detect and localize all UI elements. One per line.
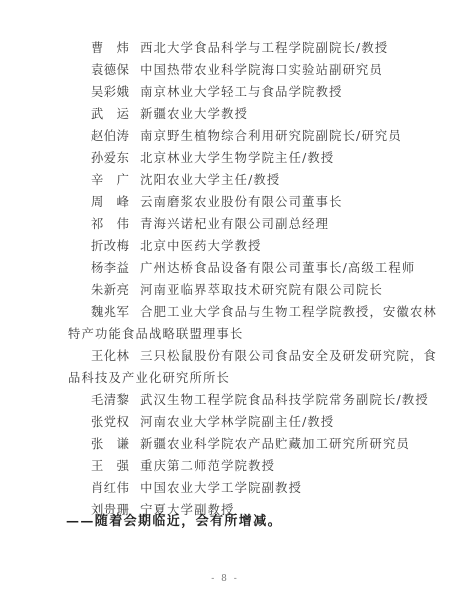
- person-name: 张 谦: [91, 433, 135, 455]
- person-name: 孙爱东: [91, 147, 135, 169]
- person-name: 周 峰: [91, 191, 135, 213]
- list-item: 张 谦 新疆农业科学院农产品贮藏加工研究所研究员: [68, 433, 384, 455]
- list-item-continuation: 品科技及产业化研究所所长: [68, 367, 384, 389]
- list-item: 袁德保 中国热带农业科学院海口实验站副研究员: [68, 59, 384, 81]
- person-name: 辛 广: [91, 169, 135, 191]
- expert-list: 曹 炜 西北大学食品科学与工程学院副院长/教授 袁德保 中国热带农业科学院海口实…: [68, 37, 384, 521]
- page-number: - 8 -: [0, 574, 450, 584]
- list-item: 祁 伟 青海兴诺杞业有限公司副总经理: [68, 213, 384, 235]
- list-item: 杨李益 广州达桥食品设备有限公司董事长/高级工程师: [68, 257, 384, 279]
- person-title: 北京林业大学生物学院主任/教授: [140, 151, 334, 165]
- list-item: 孙爱东 北京林业大学生物学院主任/教授: [68, 147, 384, 169]
- person-title: 中国热带农业科学院海口实验站副研究员: [140, 63, 383, 77]
- person-name: 赵伯涛: [91, 125, 135, 147]
- person-name: 肖红伟: [91, 477, 135, 499]
- list-item: 武 运 新疆农业大学教授: [68, 103, 384, 125]
- list-item: 魏兆军 合肥工业大学食品与生物工程学院教授，安徽农林: [68, 301, 384, 323]
- person-title: 中国农业大学工学院副教授: [140, 481, 302, 495]
- person-title: 新疆农业科学院农产品贮藏加工研究所研究员: [140, 437, 410, 451]
- list-item-continuation: 特产功能食品战略联盟理事长: [68, 323, 384, 345]
- list-item: 周 峰 云南磨浆农业股份有限公司董事长: [68, 191, 384, 213]
- person-title: 合肥工业大学食品与生物工程学院教授，安徽农林: [140, 305, 437, 319]
- person-title: 广州达桥食品设备有限公司董事长/高级工程师: [140, 261, 415, 275]
- person-title: 南京野生植物综合利用研究院副院长/研究员: [140, 129, 402, 143]
- list-item: 肖红伟 中国农业大学工学院副教授: [68, 477, 384, 499]
- person-title: 新疆农业大学教授: [140, 107, 248, 121]
- person-title: 河南农业大学林学院副主任/教授: [140, 415, 334, 429]
- person-name: 王 强: [91, 455, 135, 477]
- closing-note: ——随着会期临近，会有所增减。: [66, 510, 282, 529]
- person-name: 吴彩娥: [91, 81, 135, 103]
- person-name: 毛清黎: [91, 389, 135, 411]
- person-name: 曹 炜: [91, 37, 135, 59]
- person-name: 袁德保: [91, 59, 135, 81]
- list-item: 朱新亮 河南亚临界萃取技术研究院有限公司院长: [68, 279, 384, 301]
- list-item: 张党权 河南农业大学林学院副主任/教授: [68, 411, 384, 433]
- list-item: 辛 广 沈阳农业大学主任/教授: [68, 169, 384, 191]
- document-page: 曹 炜 西北大学食品科学与工程学院副院长/教授 袁德保 中国热带农业科学院海口实…: [0, 0, 450, 600]
- list-item: 折改梅 北京中医药大学教授: [68, 235, 384, 257]
- person-title: 河南亚临界萃取技术研究院有限公司院长: [140, 283, 383, 297]
- list-item: 吴彩娥 南京林业大学轻工与食品学院教授: [68, 81, 384, 103]
- person-name: 折改梅: [91, 235, 135, 257]
- person-name: 杨李益: [91, 257, 135, 279]
- person-title: 西北大学食品科学与工程学院副院长/教授: [140, 41, 388, 55]
- person-name: 魏兆军: [91, 301, 135, 323]
- person-title: 重庆第二师范学院教授: [140, 459, 275, 473]
- person-name: 王化林: [91, 345, 135, 367]
- list-item: 王 强 重庆第二师范学院教授: [68, 455, 384, 477]
- person-name: 张党权: [91, 411, 135, 433]
- person-name: 祁 伟: [91, 213, 135, 235]
- person-title: 北京中医药大学教授: [140, 239, 261, 253]
- person-name: 朱新亮: [91, 279, 135, 301]
- list-item: 毛清黎 武汉生物工程学院食品科技学院常务副院长/教授: [68, 389, 384, 411]
- list-item: 曹 炜 西北大学食品科学与工程学院副院长/教授: [68, 37, 384, 59]
- person-title: 三只松鼠股份有限公司食品安全及研发研究院，食: [140, 349, 437, 363]
- person-title: 沈阳农业大学主任/教授: [140, 173, 280, 187]
- person-title: 云南磨浆农业股份有限公司董事长: [140, 195, 342, 209]
- person-name: 武 运: [91, 103, 135, 125]
- list-item: 赵伯涛 南京野生植物综合利用研究院副院长/研究员: [68, 125, 384, 147]
- person-title: 武汉生物工程学院食品科技学院常务副院长/教授: [140, 393, 429, 407]
- list-item: 王化林 三只松鼠股份有限公司食品安全及研发研究院，食: [68, 345, 384, 367]
- person-title: 南京林业大学轻工与食品学院教授: [140, 85, 342, 99]
- person-title: 青海兴诺杞业有限公司副总经理: [140, 217, 329, 231]
